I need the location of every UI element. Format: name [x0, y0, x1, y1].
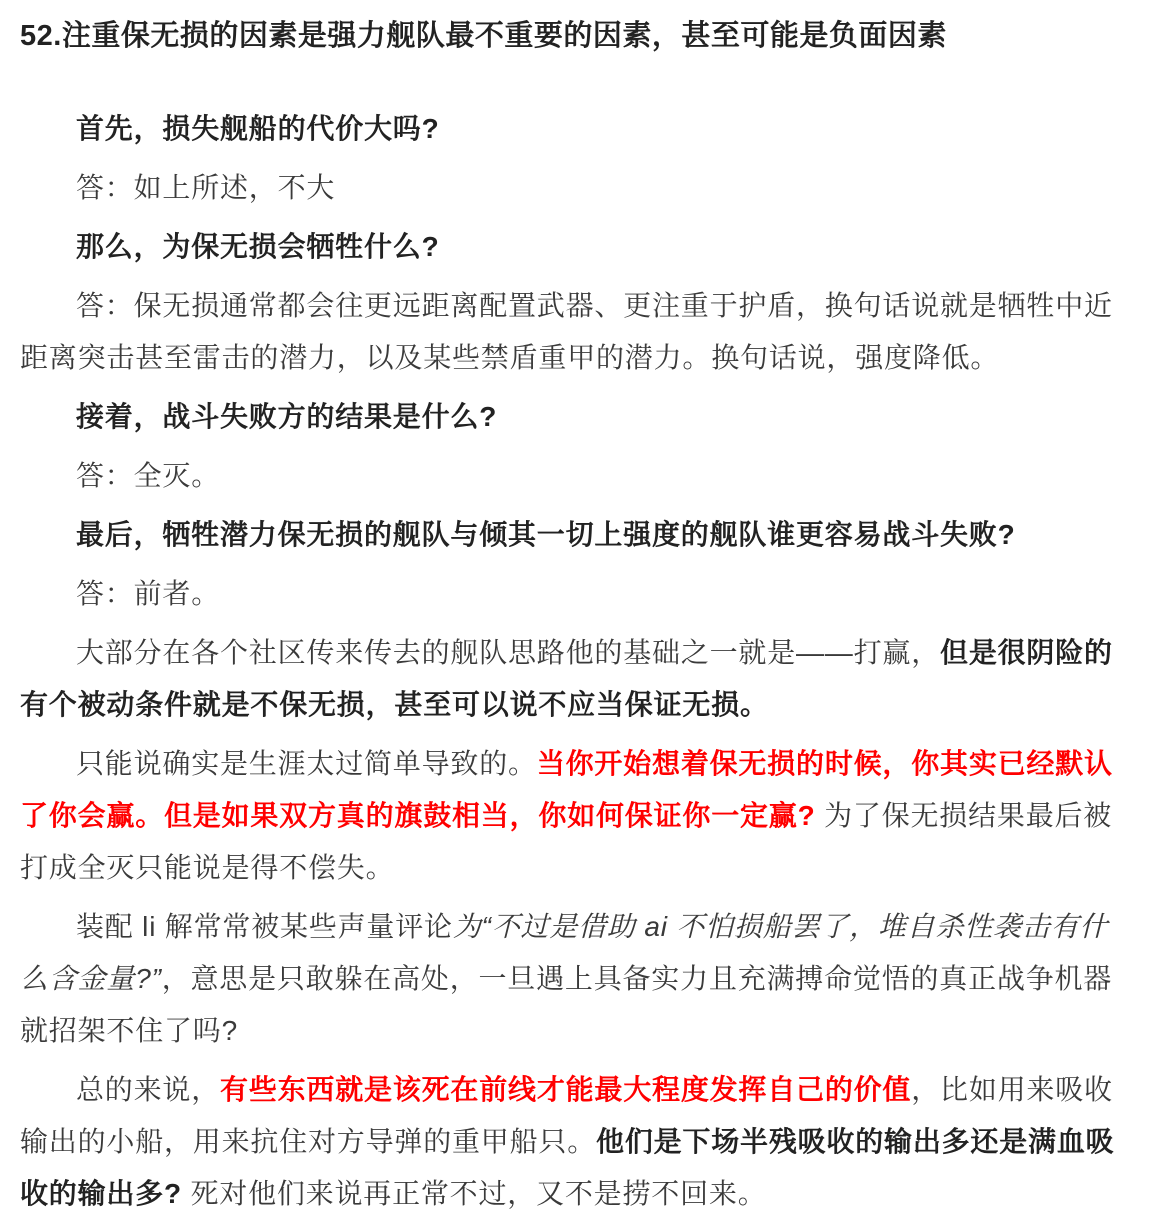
paragraph: 接着，战斗失败方的结果是什么?	[20, 391, 1136, 443]
paragraph: 最后，牺牲潜力保无损的舰队与倾其一切上强度的舰队谁更容易战斗失败?	[20, 509, 1136, 561]
article-title: 52.注重保无损的因素是强力舰队最不重要的因素，甚至可能是负面因素	[20, 14, 1136, 58]
paragraph: 答：保无损通常都会往更远距离配置武器、更注重于护盾，换句话说就是牺牲中近距离突击…	[20, 280, 1136, 384]
text-segment-bold: 那么，为保无损会牺牲什么?	[76, 231, 440, 262]
paragraph: 大部分在各个社区传来传去的舰队思路他的基础之一就是——打赢，但是很阴险的有个被动…	[20, 627, 1136, 731]
paragraph: 那么，为保无损会牺牲什么?	[20, 221, 1136, 273]
text-segment-normal: 答：前者。	[76, 578, 220, 609]
text-segment-normal: 答：全灭。	[76, 460, 220, 491]
text-segment-normal: 死对他们来说再正常不过，又不是捞不回来。	[182, 1178, 767, 1209]
text-segment-normal: 答：保无损通常都会往更远距离配置武器、更注重于护盾，换句话说就是牺牲中近距离突击…	[20, 290, 1113, 373]
text-segment-normal: 大部分在各个社区传来传去的舰队思路他的基础之一就是——打赢，	[76, 637, 940, 668]
text-segment-normal: ，意思是只敢躲在高处，一旦遇上具备实力且充满搏命觉悟的真正战争机器就招架不住了吗…	[20, 963, 1112, 1046]
text-segment-normal: 只能说确实是生涯太过简单导致的。	[76, 748, 537, 779]
text-segment-bold: 接着，战斗失败方的结果是什么?	[76, 401, 497, 432]
paragraph: 装配 li 解常常被某些声量评论为“不过是借助 ai 不怕损船罢了，堆自杀性袭击…	[20, 901, 1136, 1057]
paragraph: 答：前者。	[20, 568, 1136, 620]
text-segment-normal: 总的来说，	[76, 1074, 220, 1105]
paragraph: 答：如上所述，不大	[20, 162, 1136, 214]
text-segment-bold: 首先，损失舰船的代价大吗?	[76, 113, 440, 144]
paragraph: 答：全灭。	[20, 450, 1136, 502]
text-segment-normal: 装配 li 解常常被某些声量评论	[76, 911, 453, 942]
paragraph: 只能说确实是生涯太过简单导致的。当你开始想着保无损的时候，你其实已经默认了你会赢…	[20, 738, 1136, 894]
text-segment-bold: 最后，牺牲潜力保无损的舰队与倾其一切上强度的舰队谁更容易战斗失败?	[76, 519, 1016, 550]
paragraph: 首先，损失舰船的代价大吗?	[20, 103, 1136, 155]
text-segment-red-bold: 有些东西就是该死在前线才能最大程度发挥自己的价值	[220, 1074, 911, 1105]
article-body: 首先，损失舰船的代价大吗?答：如上所述，不大那么，为保无损会牺牲什么?答：保无损…	[20, 103, 1136, 1217]
article: 52.注重保无损的因素是强力舰队最不重要的因素，甚至可能是负面因素 首先，损失舰…	[0, 0, 1156, 1217]
paragraph: 总的来说，有些东西就是该死在前线才能最大程度发挥自己的价值，比如用来吸收输出的小…	[20, 1064, 1136, 1217]
text-segment-normal: 答：如上所述，不大	[76, 172, 335, 203]
